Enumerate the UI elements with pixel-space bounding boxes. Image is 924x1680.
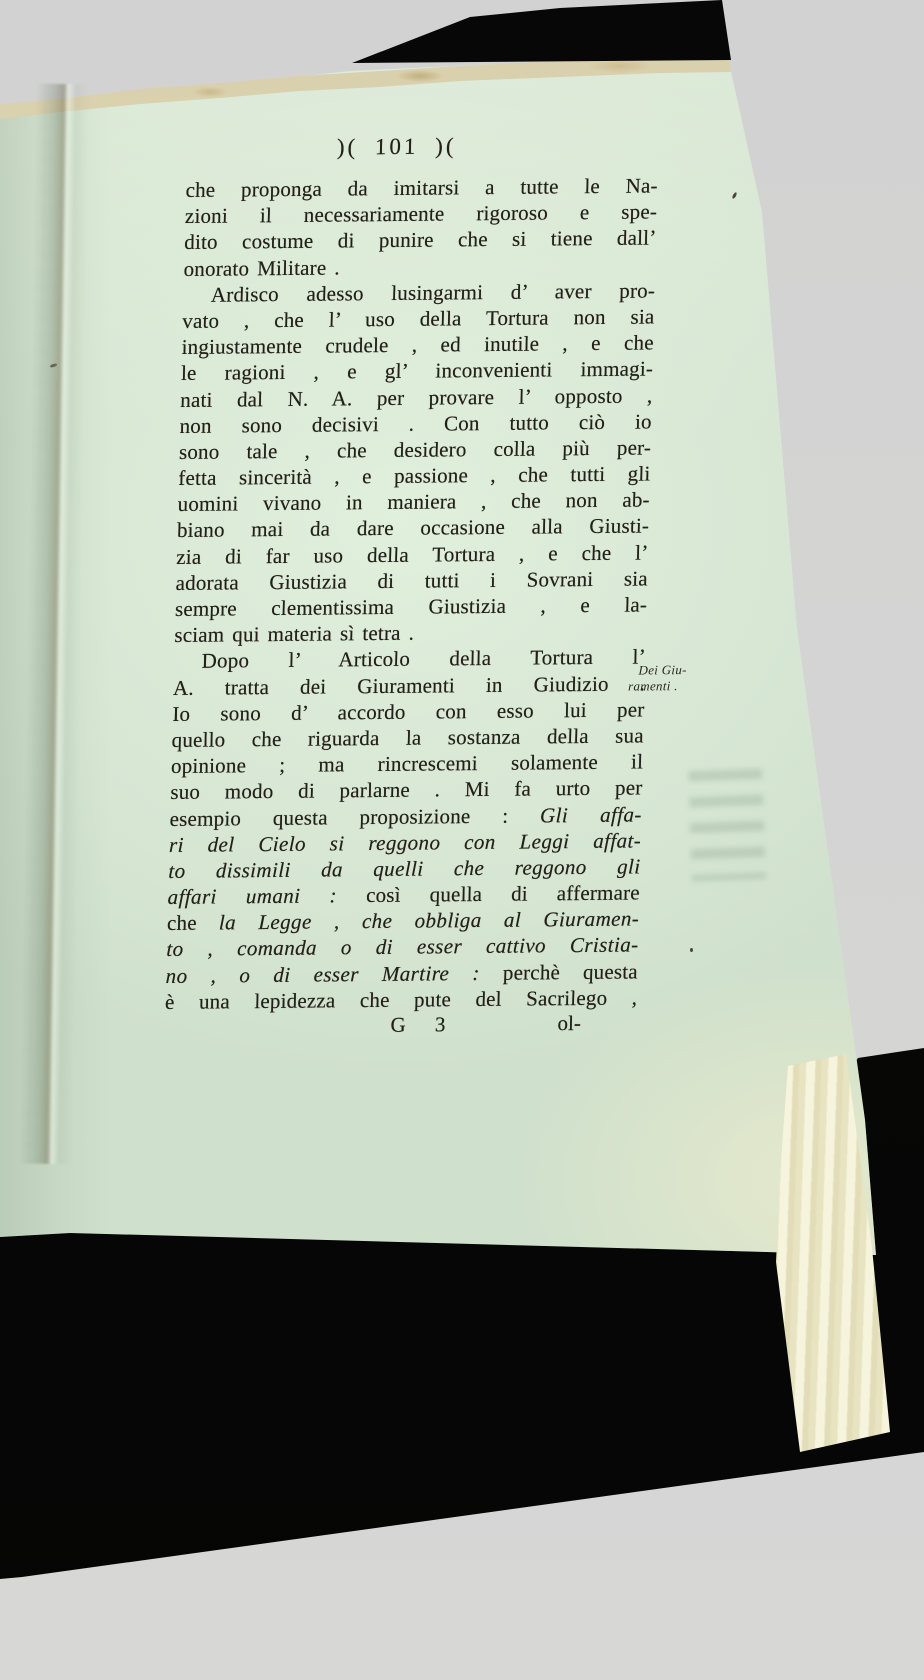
verso-show-through: [688, 769, 766, 882]
text-line: sempre clementissima Giustizia , e la-: [175, 591, 648, 622]
signature-mark: G 3: [390, 1012, 446, 1038]
text-line: le ragioni , e gl’ inconvenienti immagi-: [181, 356, 654, 387]
scan-background: )( 101 )( che proponga da imitarsi a tut…: [0, 0, 924, 1680]
text-line: esempio questa proposizione : Gli affa-: [169, 801, 642, 832]
page-number-header: )( 101 )(: [160, 132, 633, 178]
text-line: suo modo di parlarne . Mi fa urto per: [170, 775, 643, 806]
text-line: dito costume di punire che si tiene dall…: [184, 225, 657, 256]
text-line: to , comanda o di esser cattivo Cristia-: [166, 932, 639, 963]
text-line: biano mai da dare occasione alla Giusti-: [177, 513, 650, 544]
margin-note-line: Dei Giu-: [638, 662, 728, 678]
text-line: Dopo l’ Articolo della Tortura l’: [173, 644, 646, 675]
text-line: nati dal N. A. per provare l’ opposto ,: [180, 382, 653, 413]
paper-speck: [690, 948, 693, 952]
margin-note: Dei Giu- ramenti .: [628, 662, 729, 694]
catchword: ol-: [557, 1011, 581, 1036]
page-text: )( 101 )( che proponga da imitarsi a tut…: [164, 131, 659, 1041]
margin-note-line: ramenti .: [628, 677, 728, 693]
signature-row: G 3 ol-: [164, 1010, 637, 1042]
body-text: che proponga da imitarsi a tutte le Na-z…: [165, 172, 658, 1014]
